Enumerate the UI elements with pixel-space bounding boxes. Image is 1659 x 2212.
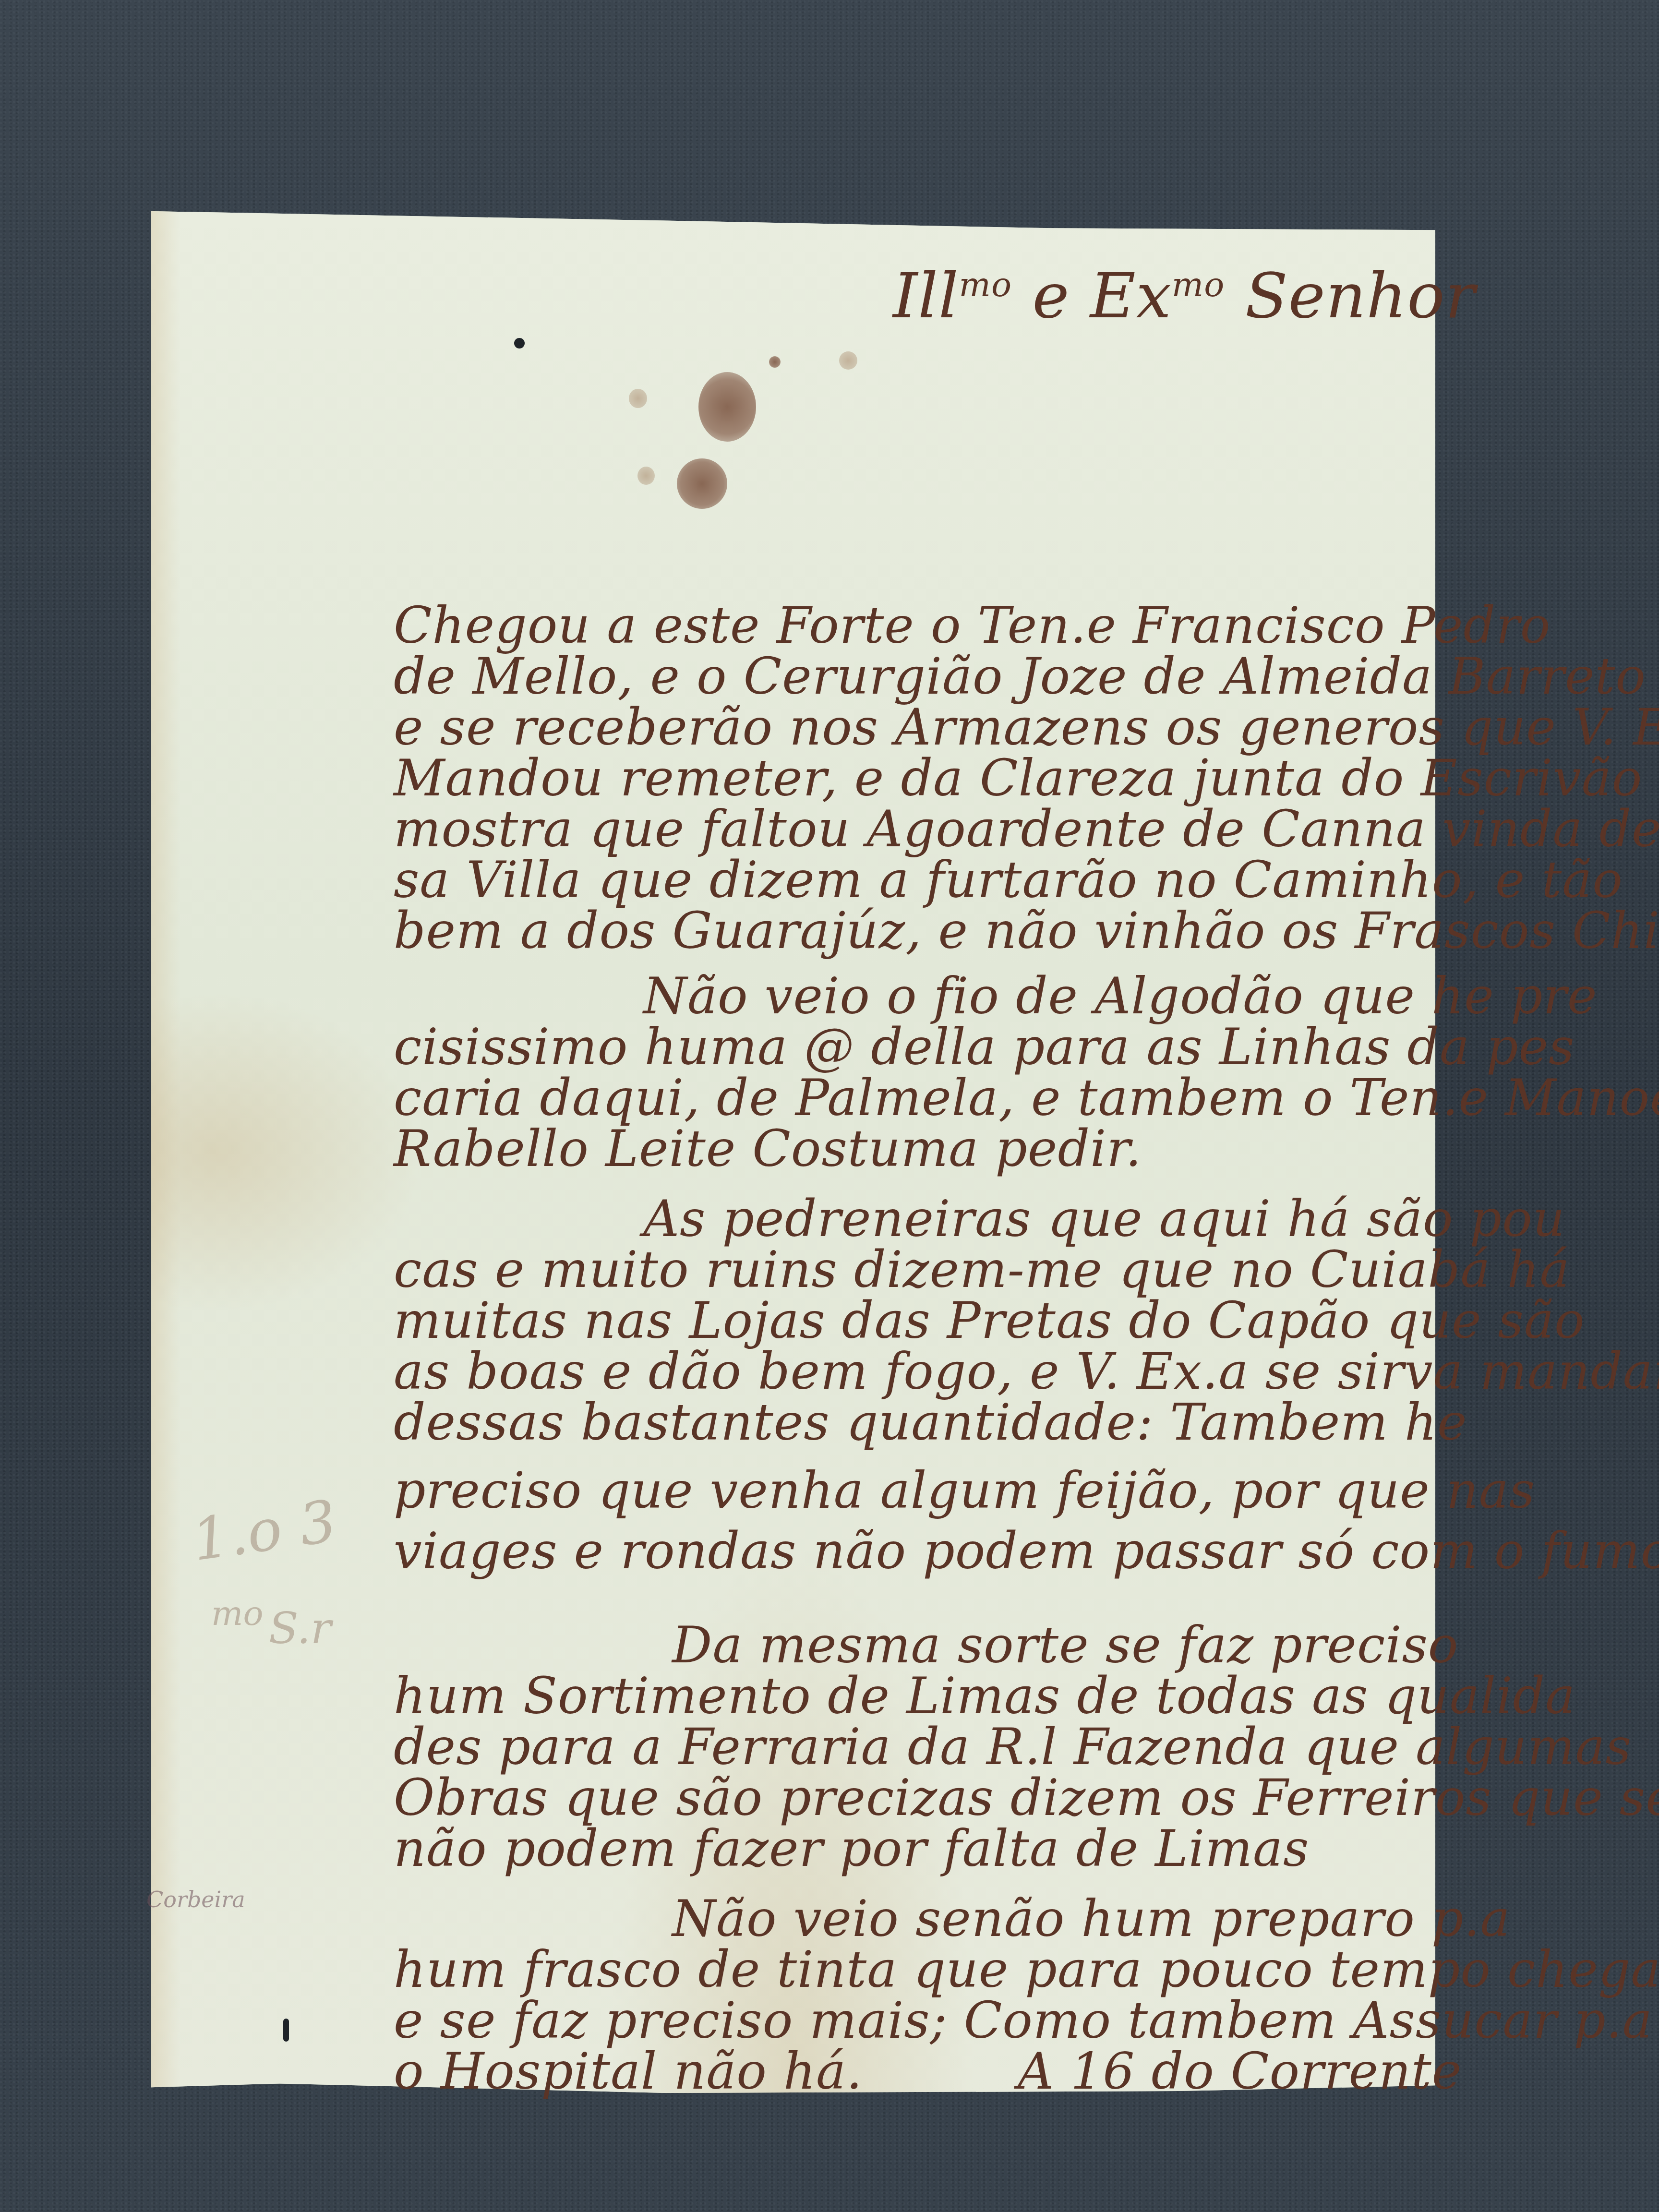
text-line: des para a Ferraria da R.l Fazenda que a…	[394, 1721, 1435, 1772]
text-line: As pedreneiras que aqui há são pou	[394, 1193, 1435, 1244]
ink-dot	[514, 338, 525, 349]
text-line: Não veio senão hum preparo p.a	[394, 1893, 1435, 1944]
text-line: Da mesma sorte se faz preciso	[394, 1620, 1435, 1671]
paragraph-2: Não veio o fio de Algodão que he pre cis…	[394, 971, 1435, 1174]
ink-stain-small	[629, 389, 647, 408]
letter-body: Chegou a este Forte o Ten.e Francisco Pe…	[394, 576, 1435, 2097]
text-line: e se faz preciso mais; Como tambem Assuc…	[394, 1995, 1435, 2046]
ink-dot	[283, 2019, 289, 2042]
text-line: mostra que faltou Agoardente de Canna vi…	[394, 804, 1435, 854]
text-line: viages e rondas não podem passar só com …	[394, 1526, 1435, 1576]
salutation-prefix-sup: mo	[959, 265, 1012, 304]
text-line: Não veio o fio de Algodão que he pre	[394, 971, 1435, 1022]
text-line: preciso que venha algum feijão, por que …	[394, 1465, 1435, 1516]
salutation-middle: e Ex	[1032, 259, 1171, 332]
ink-stain-round	[677, 458, 727, 509]
date-line: A 16 do Corrente	[1018, 2046, 1462, 2097]
text-line: o Hospital não há. A 16 do Corrente	[394, 2046, 1435, 2097]
paragraph-1: Chegou a este Forte o Ten.e Francisco Pe…	[394, 600, 1435, 956]
text-line: de Mello, e o Cerurgião Joze de Almeida …	[394, 651, 1435, 702]
ink-stain-small	[769, 356, 781, 368]
text-line: sa Villa que dizem a furtarão no Caminho…	[394, 854, 1435, 905]
ink-stain-small	[637, 467, 655, 485]
margin-note-faint: mo	[211, 1594, 264, 1633]
closing-text-left: o Hospital não há.	[394, 2042, 863, 2101]
text-line: não podem fazer por falta de Limas	[394, 1823, 1435, 1874]
margin-note-bottom: Corbeira	[146, 1887, 245, 1912]
text-line: cas e muito ruins dizem-me que no Cuiabá…	[394, 1244, 1435, 1295]
text-line: Mandou remeter, e da Clareza junta do Es…	[394, 753, 1435, 804]
text-line: Obras que são precizas dizem os Ferreiro…	[394, 1772, 1435, 1823]
paragraph-5: Não veio senão hum preparo p.a hum frasc…	[394, 1893, 1435, 2097]
text-line: bem a dos Guarajúz, e não vinhão os Fras…	[394, 905, 1435, 956]
ink-stain-large	[698, 372, 756, 442]
paragraph-3: As pedreneiras que aqui há são pou cas e…	[394, 1193, 1435, 1576]
text-line: Chegou a este Forte o Ten.e Francisco Pe…	[394, 600, 1435, 651]
text-line: muitas nas Lojas das Pretas do Capão que…	[394, 1295, 1435, 1346]
text-line: cisissimo huma @ della para as Linhas da…	[394, 1022, 1435, 1072]
text-line: Rabello Leite Costuma pedir.	[394, 1123, 1435, 1174]
text-line: hum Sortimento de Limas de todas as qual…	[394, 1671, 1435, 1721]
salutation: Illmo e Exmo Senhor	[893, 259, 1476, 332]
text-line: caria daqui, de Palmela, e tambem o Ten.…	[394, 1072, 1435, 1123]
salutation-prefix: Ill	[893, 259, 959, 332]
salutation-middle-sup: mo	[1172, 265, 1225, 304]
ink-stain-small	[839, 351, 857, 370]
salutation-suffix: Senhor	[1245, 259, 1476, 332]
margin-note-faint: S.r	[269, 1603, 331, 1654]
paragraph-4: Da mesma sorte se faz preciso hum Sortim…	[394, 1620, 1435, 1874]
text-line: e se receberão nos Armazens os generos q…	[394, 702, 1435, 753]
text-line: as boas e dão bem fogo, e V. Ex.a se sir…	[394, 1346, 1435, 1397]
text-line: dessas bastantes quantidade: Tambem he	[394, 1397, 1435, 1448]
text-line: hum frasco de tinta que para pouco tempo…	[394, 1944, 1435, 1995]
